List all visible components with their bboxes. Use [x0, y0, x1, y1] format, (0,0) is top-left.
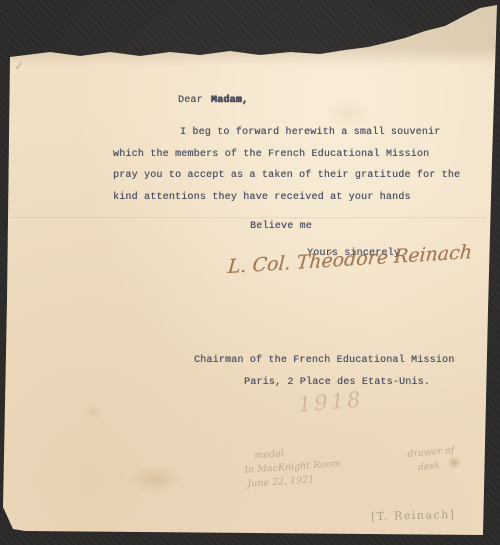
- fold-crease: [10, 217, 486, 220]
- body-line: kind attentions they have received at yo…: [113, 192, 411, 204]
- salutation-prefix: Dear: [178, 95, 203, 106]
- salutation-line: DearMadam,: [178, 95, 248, 107]
- sender-title-line: Chairman of the French Educational Missi…: [194, 355, 454, 367]
- pencil-note-right: drawer of desk: [407, 444, 456, 476]
- pencil-note-left: medal In MacKnight Room June 22, 1921: [243, 443, 342, 492]
- body-line: which the members of the French Educatio…: [113, 149, 429, 161]
- body-line: I beg to forward herewith a small souven…: [180, 127, 440, 139]
- paper-stain: [128, 465, 182, 493]
- paper-stain: [325, 96, 371, 130]
- pencil-note-line: desk: [417, 458, 456, 475]
- letter-photograph: ✓ DearMadam, I beg to forward herewith a…: [0, 0, 500, 545]
- attribution-note: [T. Reinach]: [371, 508, 456, 523]
- paper-stain: [84, 406, 104, 419]
- valediction-line-1: Believe me: [250, 221, 312, 233]
- handwritten-signature: L. Col. Théodore Reinach: [227, 241, 473, 278]
- pencil-checkmark: ✓: [13, 57, 26, 74]
- body-line: pray you to accept as a taken of their g…: [113, 170, 460, 182]
- handwritten-year: 1918: [297, 387, 364, 417]
- sender-address-line: Paris, 2 Place des Etats-Unis.: [244, 377, 430, 389]
- salutation-name: Madam,: [211, 95, 248, 106]
- letter-paper: ✓ DearMadam, I beg to forward herewith a…: [0, 0, 500, 545]
